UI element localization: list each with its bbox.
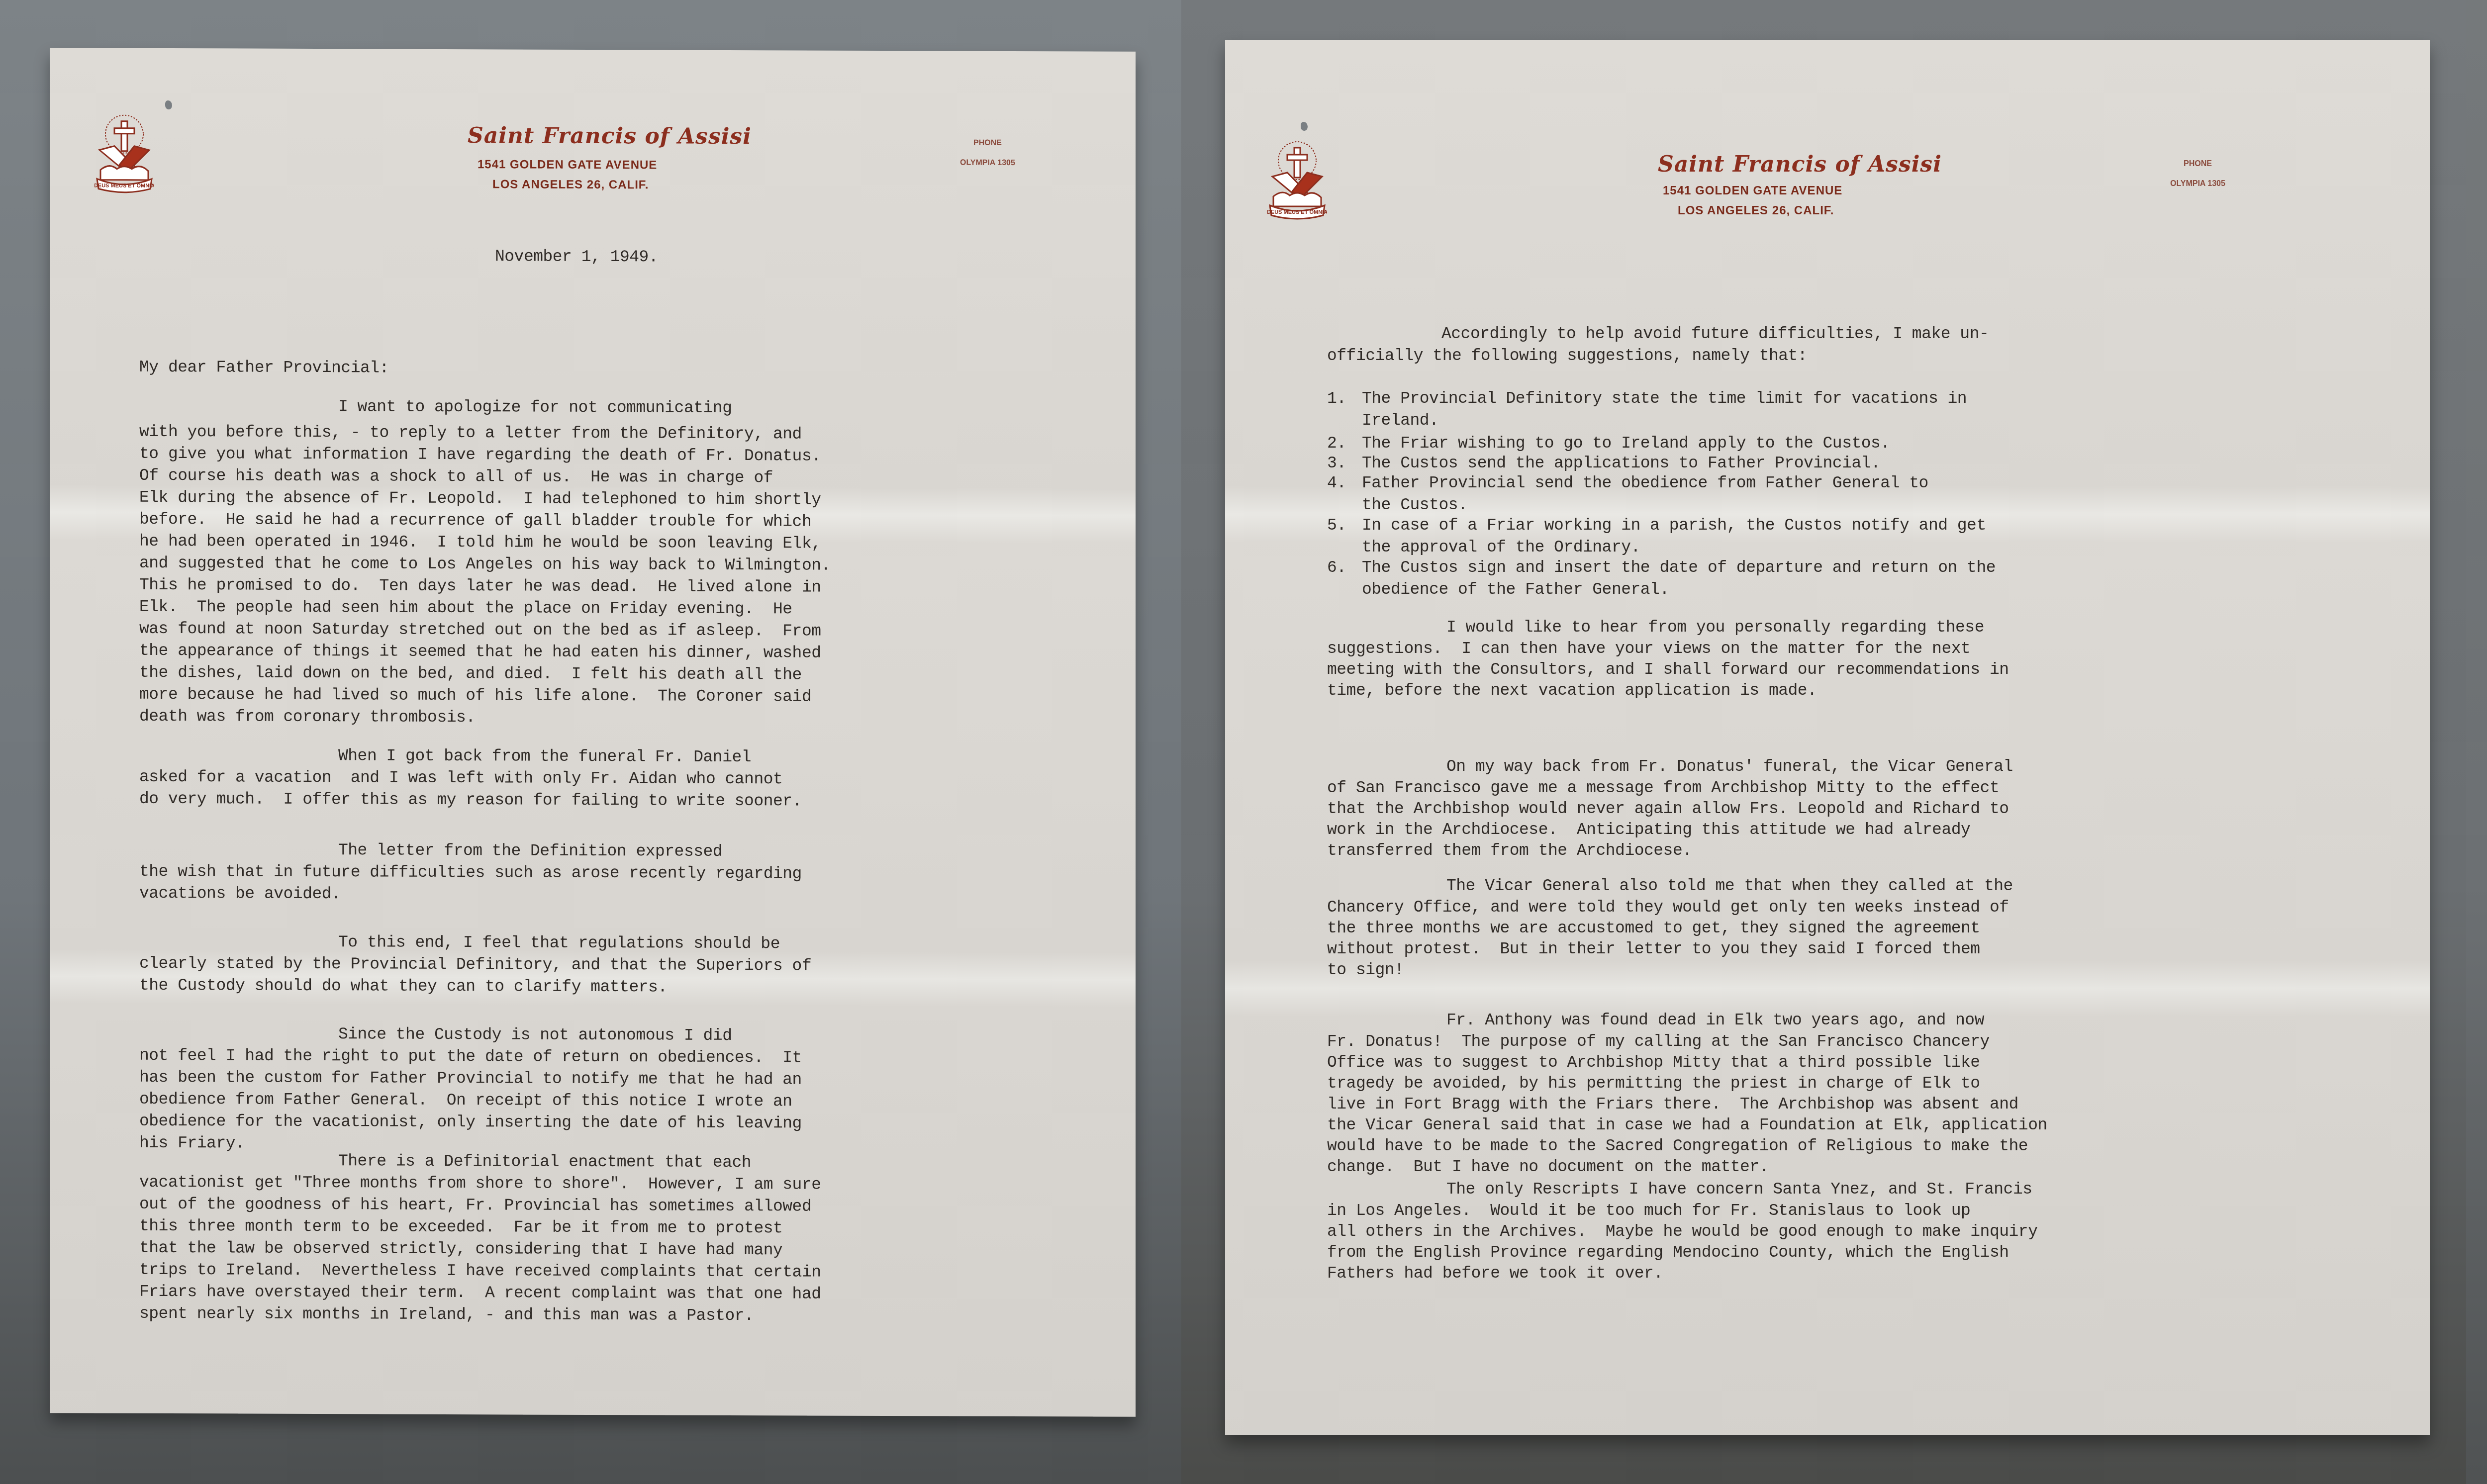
paragraph-line: the three months we are accustomed to ge…	[1327, 918, 2013, 939]
paragraph-line: do very much. I offer this as my reason …	[139, 788, 802, 813]
punch-hole	[165, 100, 172, 109]
paragraph-line: more because he had lived so much of his…	[139, 684, 831, 708]
paragraph-line: was found at noon Saturday stretched out…	[139, 618, 831, 643]
crest-logo-icon: DEUS MEUS ET OMNIA	[95, 110, 154, 195]
paragraph-line: officially the following suggestions, na…	[1327, 345, 1989, 367]
paragraph: The only Rescripts I have concern Santa …	[1327, 1179, 2037, 1284]
phone-label: Phone	[960, 133, 1015, 153]
letterhead-address-city: Los Angeles 26, Calif.	[492, 178, 649, 192]
paragraph-first-line: Fr. Anthony was found dead in Elk two ye…	[1327, 1010, 2047, 1031]
paragraph-line: meeting with the Consultors, and I shall…	[1327, 659, 2009, 680]
paragraph-line: the wish that in future difficulties suc…	[139, 861, 802, 885]
paragraph-line: obedience from Father General. On receip…	[139, 1089, 802, 1113]
paragraph-line: all others in the Archives. Maybe he wou…	[1327, 1221, 2037, 1242]
backdrop-right	[2466, 0, 2487, 1484]
paragraph-first-line: I would like to hear from you personally…	[1327, 617, 2009, 639]
list-text: The Custos sign and insert the date of d…	[1362, 557, 1996, 601]
list-text: In case of a Friar working in a parish, …	[1362, 515, 1986, 558]
paragraph-line: vacations be avoided.	[139, 883, 802, 907]
paragraph-line: spent nearly six months in Ireland, - an…	[139, 1303, 821, 1327]
paragraph: There is a Definitorial enactment that e…	[139, 1150, 821, 1327]
letterhead-address-street: 1541 Golden Gate Avenue	[478, 158, 657, 172]
list-text: The Friar wishing to go to Ireland apply…	[1362, 433, 1890, 455]
list-number: 6.	[1327, 557, 1346, 579]
paragraph: On my way back from Fr. Donatus' funeral…	[1327, 756, 2013, 861]
paragraph: The letter from the Definition expressed…	[139, 839, 802, 907]
paragraph-line: Elk during the absence of Fr. Leopold. I…	[139, 487, 831, 511]
paragraph-line: to give you what information I have rega…	[139, 443, 831, 467]
paragraph-first-line: On my way back from Fr. Donatus' funeral…	[1327, 756, 2013, 778]
paragraph-line: has been the custom for Father Provincia…	[139, 1067, 802, 1091]
paragraph: To this end, I feel that regulations sho…	[139, 931, 811, 999]
paragraph-line: out of the goodness of his heart, Fr. Pr…	[139, 1194, 821, 1218]
paragraph-first-line: The only Rescripts I have concern Santa …	[1327, 1179, 2037, 1201]
paragraph: The Vicar General also told me that when…	[1327, 875, 2013, 981]
paragraph-first-line: When I got back from the funeral Fr. Dan…	[139, 744, 802, 769]
list-number: 1.	[1327, 388, 1346, 410]
paragraph-line: not feel I had the right to put the date…	[139, 1045, 802, 1069]
paragraph-first-line: The letter from the Definition expressed	[139, 839, 802, 863]
list-text: The Provincial Definitory state the time…	[1362, 388, 1967, 432]
paragraph-line: Office was to suggest to Archbishop Mitt…	[1327, 1052, 2047, 1073]
paragraph-line: suggestions. I can then have your views …	[1327, 639, 2009, 659]
paragraph-line: obedience for the vacationist, only inse…	[139, 1111, 802, 1135]
phone-number: Olympia 1305	[2170, 174, 2225, 194]
list-number: 2.	[1327, 433, 1346, 455]
phone-label: Phone	[2170, 154, 2225, 174]
paragraph-line: would have to be made to the Sacred Cong…	[1327, 1136, 2047, 1157]
list-text: Father Provincial send the obedience fro…	[1362, 472, 1928, 516]
punch-hole	[1301, 122, 1308, 131]
paragraph-line: change. But I have no document on the ma…	[1327, 1157, 2047, 1178]
paragraph-first-line: To this end, I feel that regulations sho…	[139, 931, 811, 955]
crest-logo-icon: DEUS MEUS ET OMNIA	[1267, 137, 1327, 221]
paragraph-line: that the Archbishop would never again al…	[1327, 799, 2013, 820]
paragraph-line: that the law be observed strictly, consi…	[139, 1237, 821, 1262]
list-number: 3.	[1327, 453, 1346, 474]
paragraph-line: from the English Province regarding Mend…	[1327, 1242, 2037, 1263]
list-number: 5.	[1327, 515, 1346, 537]
paragraph: I want to apologize for not communicatin…	[139, 391, 831, 730]
paragraph-first-line: Since the Custody is not autonomous I di…	[139, 1023, 802, 1047]
paragraph-first-line: The Vicar General also told me that when…	[1327, 875, 2013, 897]
paragraph-line: transferred them from the Archdiocese.	[1327, 840, 2013, 861]
paragraph-line: this three month term to be exceeded. Fa…	[139, 1215, 821, 1240]
list-text: The Custos send the applications to Fath…	[1362, 453, 1880, 474]
paragraph: When I got back from the funeral Fr. Dan…	[139, 744, 802, 813]
paragraph-line: Fr. Donatus! The purpose of my calling a…	[1327, 1031, 2047, 1052]
letterhead-address-city: Los Angeles 26, Calif.	[1678, 204, 1834, 218]
letterhead-name: Saint Francis of Assisi	[1658, 152, 1942, 177]
paragraph-line: without protest. But in their letter to …	[1327, 939, 2013, 960]
paragraph-first-line: I want to apologize for not communicatin…	[139, 391, 831, 424]
paragraph: I would like to hear from you personally…	[1327, 617, 2009, 701]
paragraph-line: tragedy be avoided, by his permitting th…	[1327, 1073, 2047, 1094]
paragraph-line: with you before this, - to reply to a le…	[139, 421, 831, 446]
svg-text:DEUS MEUS ET OMNIA: DEUS MEUS ET OMNIA	[95, 183, 154, 189]
paragraph-line: trips to Ireland. Nevertheless I have re…	[139, 1259, 821, 1284]
paragraph-line: work in the Archdiocese. Anticipating th…	[1327, 820, 2013, 840]
paragraph-line: time, before the next vacation applicati…	[1327, 680, 2009, 701]
paragraph-line: before. He said he had a recurrence of g…	[139, 509, 831, 533]
paragraph-line: asked for a vacation and I was left with…	[139, 766, 802, 791]
paragraph-line: Friars have overstayed their term. A rec…	[139, 1281, 821, 1305]
paragraph: Since the Custody is not autonomous I di…	[139, 1023, 802, 1157]
paragraph-line: Fathers had before we took it over.	[1327, 1263, 2037, 1284]
letterhead-phone: Phone Olympia 1305	[960, 133, 1015, 173]
salutation: My dear Father Provincial:	[139, 357, 389, 379]
paragraph-line: live in Fort Bragg with the Friars there…	[1327, 1094, 2047, 1115]
paragraph-line: to sign!	[1327, 960, 2013, 981]
paragraph-line: and suggested that he come to Los Angele…	[139, 553, 831, 577]
letter-page-2: DEUS MEUS ET OMNIA Saint Francis of Assi…	[1225, 40, 2430, 1435]
letter-page-1: DEUS MEUS ET OMNIA Saint Francis of Assi…	[50, 48, 1136, 1417]
letterhead-address-street: 1541 Golden Gate Avenue	[1663, 184, 1842, 198]
phone-number: Olympia 1305	[960, 153, 1015, 173]
paragraph-first-line: There is a Definitorial enactment that e…	[139, 1150, 821, 1174]
paragraph-line: Chancery Office, and were told they woul…	[1327, 897, 2013, 918]
list-number: 4.	[1327, 472, 1346, 494]
paragraph-line: Elk. The people had seen him about the p…	[139, 596, 831, 621]
letter-date: November 1, 1949.	[495, 246, 658, 268]
paragraph-first-line: Accordingly to help avoid future difficu…	[1327, 323, 1989, 345]
paragraph: Fr. Anthony was found dead in Elk two ye…	[1327, 1010, 2047, 1178]
letterhead-name: Saint Francis of Assisi	[468, 123, 752, 149]
paragraph-line: of San Francisco gave me a message from …	[1327, 778, 2013, 799]
paragraph-line: vacationist get "Three months from shore…	[139, 1172, 821, 1196]
crest-icon: DEUS MEUS ET OMNIA	[95, 110, 154, 195]
paragraph-line: clearly stated by the Provincial Definit…	[139, 953, 811, 977]
paragraph-line: he had been operated in 1946. I told him…	[139, 531, 831, 555]
paragraph-line: the dishes, laid down on the bed, and di…	[139, 662, 831, 686]
paragraph: Accordingly to help avoid future difficu…	[1327, 323, 1989, 367]
crest-icon: DEUS MEUS ET OMNIA	[1267, 137, 1327, 221]
paragraph-line: Of course his death was a shock to all o…	[139, 465, 831, 489]
letterhead-phone: Phone Olympia 1305	[2170, 154, 2225, 194]
paragraph-line: the Vicar General said that in case we h…	[1327, 1115, 2047, 1136]
paragraph-line: This he promised to do. Ten days later h…	[139, 574, 831, 599]
paragraph-line: in Los Angeles. Would it be too much for…	[1327, 1201, 2037, 1221]
paragraph-line: the appearance of things it seemed that …	[139, 640, 831, 664]
svg-text:DEUS MEUS ET OMNIA: DEUS MEUS ET OMNIA	[1267, 209, 1327, 215]
paragraph-line: the Custody should do what they can to c…	[139, 975, 811, 999]
paragraph-line: death was from coronary thrombosis.	[139, 706, 831, 730]
